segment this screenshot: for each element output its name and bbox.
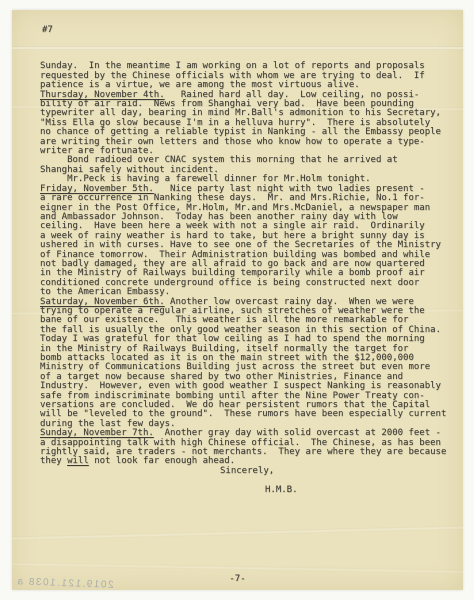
signature-initials: H.M.B. <box>265 486 459 495</box>
scan-background: #7 Sunday. In the meantime I am working … <box>0 0 474 600</box>
paper-crease <box>12 562 463 574</box>
paper-crease <box>12 525 463 540</box>
paragraph-thursday-nov-4: Thursday, November 4th. Rained hard all … <box>40 91 459 157</box>
paragraph-sunday-continued: Sunday. In the meantime I am working on … <box>40 62 459 90</box>
letter-page: #7 Sunday. In the meantime I am working … <box>12 10 463 590</box>
page-number-top: #7 <box>42 26 459 35</box>
paragraph-sunday-nov-7: Sunday, November 7th. Another gray day w… <box>40 429 459 467</box>
typed-letter-body: #7 Sunday. In the meantime I am working … <box>40 26 459 496</box>
paragraph-text: Nice party last night with two ladies pr… <box>40 184 441 297</box>
paragraph-bond-radio: Bond radioed over CNAC system this morni… <box>40 156 459 175</box>
accession-number-mirrored: 2019.121.1038 a <box>16 576 114 590</box>
paragraph-saturday-nov-6: Saturday, November 6th. Another low over… <box>40 298 459 430</box>
closing-salutation: Sincerely, <box>220 467 459 476</box>
paragraph-text: Rained hard all day. Low ceiling, no pos… <box>40 90 441 156</box>
paragraph-text: not look far enough ahead. <box>89 456 235 466</box>
paragraph-friday-nov-5: Friday, November 5th. Nice party last ni… <box>40 185 459 298</box>
underlined-word-will: will <box>67 456 89 466</box>
paragraph-text: Another low overcast rainy day. When we … <box>40 297 446 429</box>
